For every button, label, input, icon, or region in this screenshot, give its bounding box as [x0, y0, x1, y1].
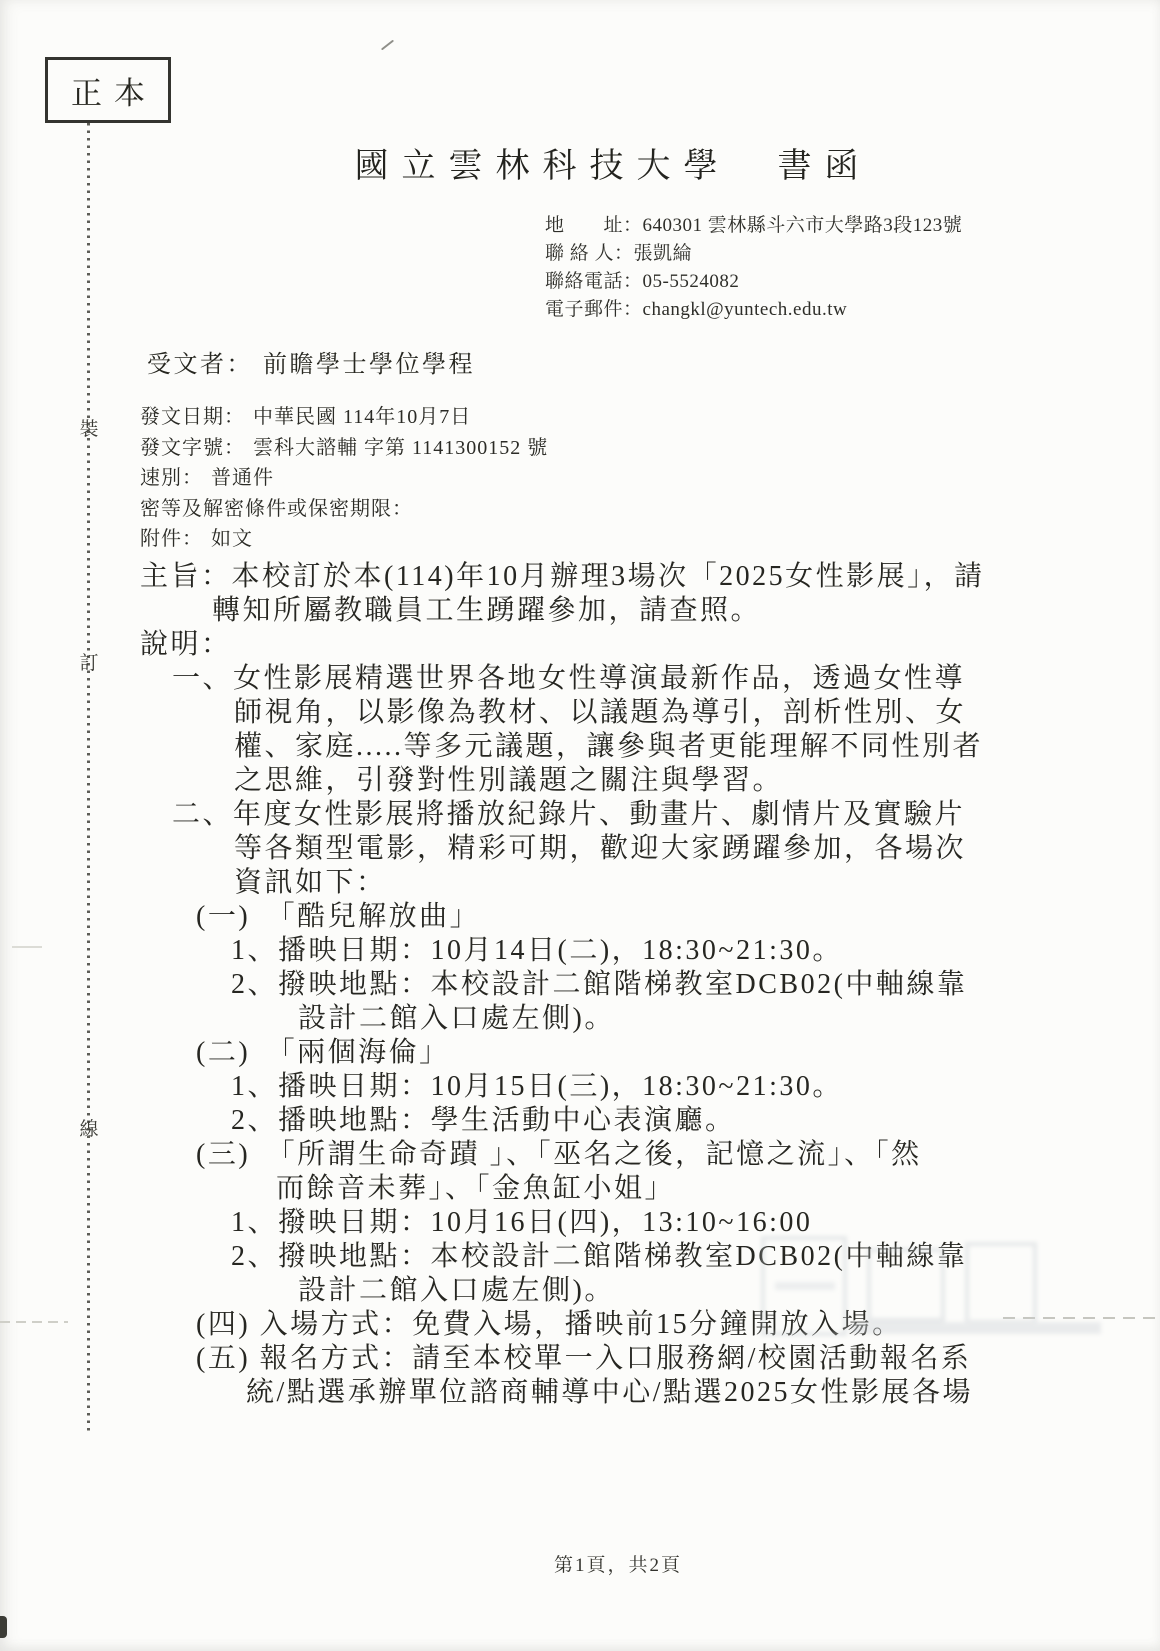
letter-body: 主旨：本校訂於本(114)年10月辦理3場次「2025女性影展」，請 轉知所屬教… — [140, 560, 1140, 1410]
meta-row-docnumber: 發文字號：雲科大諮輔 字第 1141300152 號 — [140, 433, 548, 464]
recipient-label: 受文者： — [147, 352, 253, 378]
meta-row-speed: 速別：普通件 — [140, 463, 548, 494]
corner-speck-artifact — [0, 1616, 7, 1638]
contact-row-phone: 聯絡電話：05-5524082 — [545, 268, 962, 296]
meta-attachment-label: 附件： — [140, 528, 203, 550]
meta-speed-value: 普通件 — [211, 467, 274, 489]
scan-dash-artifact-left-2 — [12, 946, 42, 948]
meta-row-security: 密等及解密條件或保密期限： — [140, 494, 548, 525]
film-3-venue-line-continued: 設計二館入口處左側)。 — [140, 1274, 1140, 1308]
document-title: 國立雲林科技大學 書函 — [0, 138, 1160, 187]
subject-line: 主旨：本校訂於本(114)年10月辦理3場次「2025女性影展」，請 — [140, 560, 1140, 594]
contact-row-address: 地 址：640301 雲林縣斗六市大學路3段123號 — [545, 212, 962, 240]
contact-email-value: ：changkl@yuntech.edu.tw — [623, 299, 847, 320]
film-2-date-line: 1、播映日期：10月15日(三)，18:30~21:30。 — [140, 1070, 1140, 1104]
subject-line-continued: 轉知所屬教職員工生踴躍參加，請查照。 — [140, 594, 1140, 628]
binding-char-xian: 線 — [78, 1114, 100, 1141]
document-meta-block: 發文日期：中華民國 114年10月7日 發文字號：雲科大諮輔 字第 114130… — [140, 402, 548, 555]
binding-char-ding: 訂 — [78, 648, 100, 675]
film-1-venue-line: 2、撥映地點：本校設計二館階梯教室DCB02(中軸線靠 — [140, 968, 1140, 1002]
meta-row-attachment: 附件：如文 — [140, 524, 548, 555]
registration-line-continued: 統/點選承辦單位諮商輔導中心/點選2025女性影展各場 — [140, 1376, 1140, 1410]
meta-docnumber-label: 發文字號： — [140, 437, 245, 459]
contact-row-person: 聯 絡 人：張凱綸 — [545, 240, 962, 268]
contact-person-label: 聯 絡 人 — [545, 240, 614, 268]
admission-line: (四) 入場方式：免費入場，播映前15分鐘開放入場。 — [140, 1308, 1140, 1342]
registration-line: (五) 報名方式：請至本校單一入口服務網/校園活動報名系 — [140, 1342, 1140, 1376]
film-1-venue-line-continued: 設計二館入口處左側)。 — [140, 1002, 1140, 1036]
original-copy-stamp-text: 正本 — [71, 68, 157, 113]
body-line: 師視角，以影像為教材、以議題為導引，剖析性別、女 — [140, 696, 1140, 730]
meta-security-label: 密等及解密條件或保密期限： — [140, 498, 413, 520]
film-3-venue-line: 2、撥映地點：本校設計二館階梯教室DCB02(中軸線靠 — [140, 1240, 1140, 1274]
film-3-title-line: (三) 「所謂生命奇蹟 」、「巫名之後，記憶之流」、「然 — [140, 1138, 1140, 1172]
meta-row-date: 發文日期：中華民國 114年10月7日 — [140, 402, 548, 433]
film-1-title-line: (一) 「酷兒解放曲」 — [140, 900, 1140, 934]
body-line: 一、女性影展精選世界各地女性導演最新作品，透過女性導 — [140, 662, 1140, 696]
meta-attachment-value: 如文 — [211, 528, 253, 550]
body-line: 資訊如下： — [140, 866, 1140, 900]
scan-dash-artifact-left — [0, 1321, 68, 1323]
contact-email-label: 電子郵件 — [545, 296, 623, 324]
binding-dotted-line — [87, 123, 90, 1432]
meta-docnumber-value: 雲科大諮輔 字第 1141300152 號 — [253, 437, 548, 459]
contact-info-block: 地 址：640301 雲林縣斗六市大學路3段123號 聯 絡 人：張凱綸 聯絡電… — [545, 212, 962, 324]
explanation-heading: 說明： — [140, 628, 1140, 662]
meta-date-value: 中華民國 114年10月7日 — [253, 406, 471, 428]
scanned-letter-page: 正本 裝 訂 線 國立雲林科技大學 書函 地 址：640301 雲林縣斗六市大學… — [0, 0, 1160, 1651]
contact-address-label: 地 址 — [545, 212, 623, 240]
film-2-title-line: (二) 「兩個海倫」 — [140, 1036, 1140, 1070]
contact-row-email: 電子郵件：changkl@yuntech.edu.tw — [545, 296, 962, 324]
body-line: 二、年度女性影展將播放紀錄片、動畫片、劇情片及實驗片 — [140, 798, 1140, 832]
original-copy-stamp: 正本 — [45, 57, 171, 123]
meta-date-label: 發文日期： — [140, 406, 245, 428]
binding-char-zhuang: 裝 — [78, 414, 100, 441]
contact-phone-label: 聯絡電話 — [545, 268, 623, 296]
film-1-date-line: 1、播映日期：10月14日(二)，18:30~21:30。 — [140, 934, 1140, 968]
contact-person-value: ：張凱綸 — [614, 243, 692, 264]
contact-phone-value: ：05-5524082 — [623, 271, 739, 292]
recipient-value: 前瞻學士學位學程 — [263, 352, 475, 378]
scan-dash-artifact-right — [1003, 1317, 1160, 1319]
recipient-line: 受文者：前瞻學士學位學程 — [147, 344, 475, 379]
body-line: 權、家庭.....等多元議題，讓參與者更能理解不同性別者 — [140, 730, 1140, 764]
body-line: 之思維，引發對性別議題之關注與學習。 — [140, 764, 1140, 798]
film-2-venue-line: 2、播映地點：學生活動中心表演廳。 — [140, 1104, 1140, 1138]
contact-address-value: ：640301 雲林縣斗六市大學路3段123號 — [623, 215, 962, 236]
meta-speed-label: 速別： — [140, 467, 203, 489]
body-line: 等各類型電影，精彩可期，歡迎大家踴躍參加，各場次 — [140, 832, 1140, 866]
page-number: 第1頁，共2頁 — [0, 1550, 1160, 1577]
pen-scratch-artifact — [381, 40, 394, 51]
film-3-date-line: 1、撥映日期：10月16日(四)，13:10~16:00 — [140, 1206, 1140, 1240]
film-3-title-line-continued: 而餘音未葬」、「金魚缸小姐」 — [140, 1172, 1140, 1206]
